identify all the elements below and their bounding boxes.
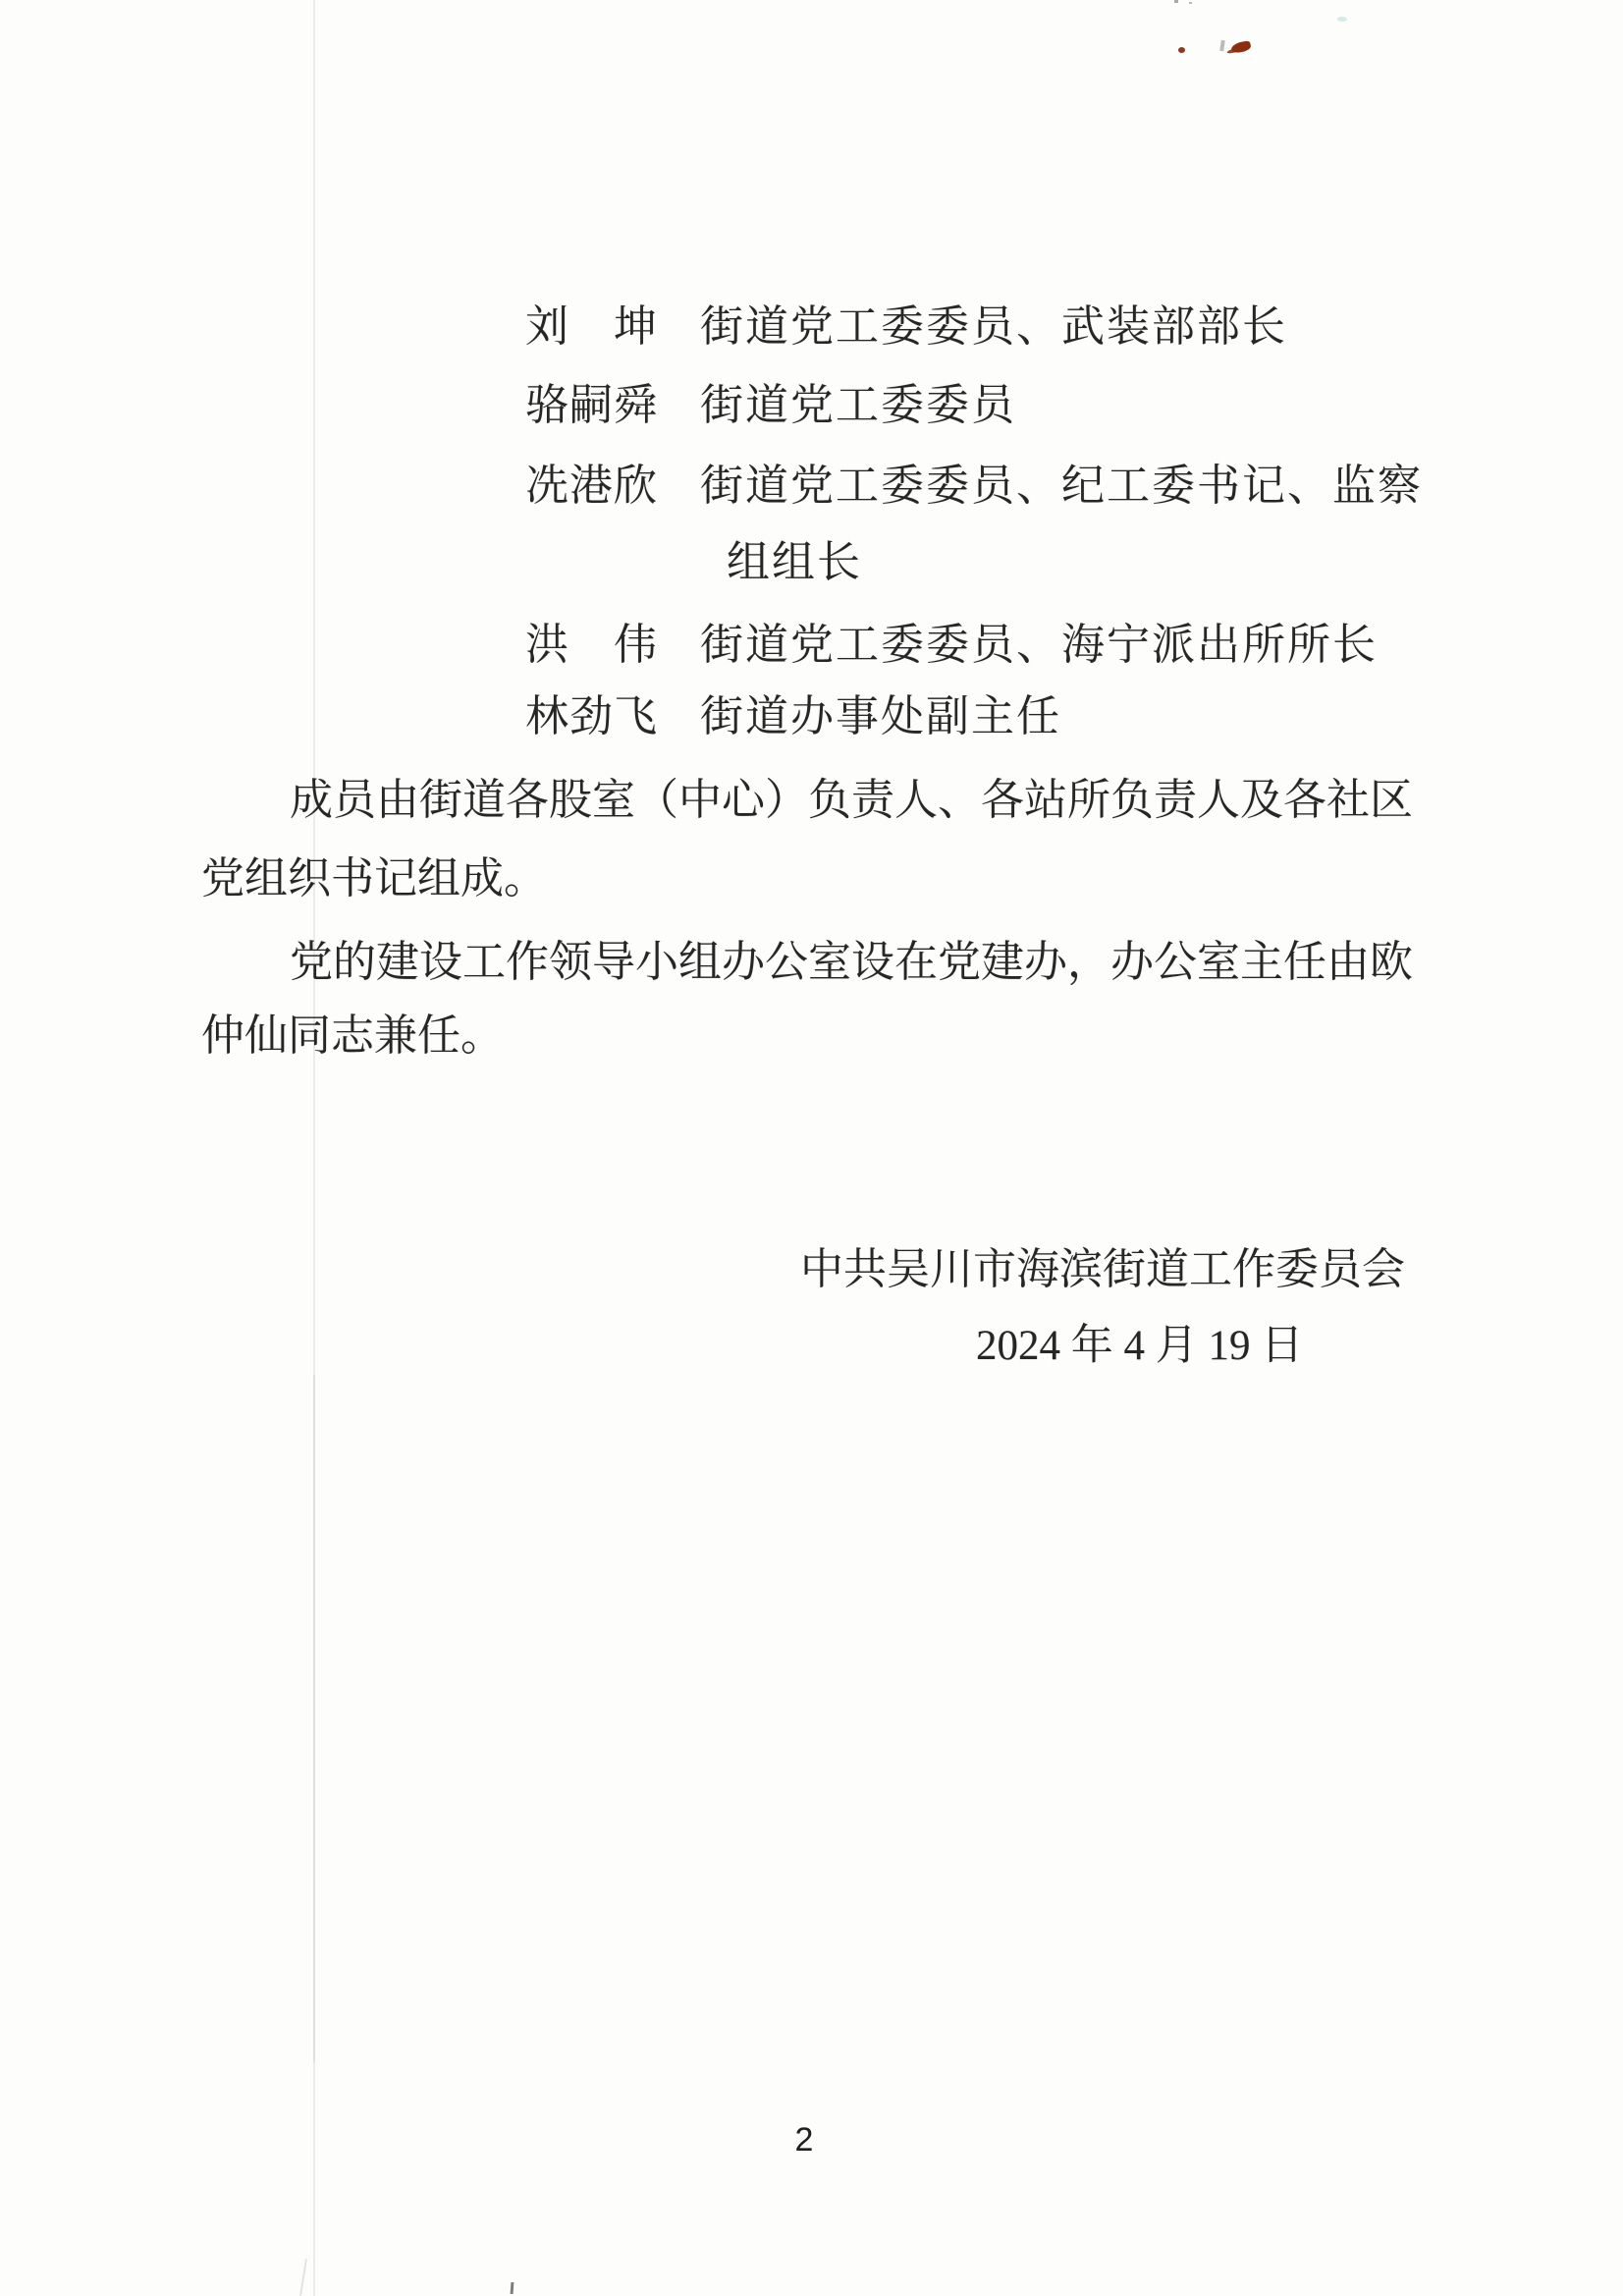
vertical-scan-line-segment [313,1375,315,2062]
member-title: 街道党工委委员、武装部部长 [700,305,1287,349]
member-name: 冼港欣 [525,465,658,508]
document-date: 2024 年 4 月 19 日 [976,1325,1303,1367]
paragraph-line: 党组织书记组成。 [201,857,547,901]
member-title: 街道党工委委员、纪工委书记、监察 [700,465,1423,508]
member-title: 街道党工委委员、海宁派出所所长 [700,624,1378,667]
top-edge-speck [1189,2,1192,4]
red-ink-dot-artifact [1178,47,1185,53]
member-name: 刘 坤 [525,305,658,349]
issuing-authority-signature: 中共吴川市海滨街道工作委员会 [800,1248,1405,1291]
document-page: 刘 坤 街道党工委委员、武装部部长 骆嗣舜 街道党工委委员 冼港欣 街道党工委委… [0,0,1623,2296]
member-name: 林劲飞 [525,695,658,738]
member-title: 街道党工委委员 [700,384,1016,427]
paragraph-line: 成员由街道各股室（中心）负责人、各站所负责人及各社区 [290,779,1413,822]
page-number: 2 [783,2121,826,2159]
paragraph-line: 党的建设工作领导小组办公室设在党建办，办公室主任由欧 [290,941,1413,984]
red-ink-smudge-artifact [1230,40,1252,54]
bottom-scan-hairline [299,2259,307,2296]
gray-ink-speck-artifact [1219,40,1224,51]
bottom-dark-speck [511,2282,514,2294]
member-title-wrap: 组组长 [727,541,862,584]
paragraph-line: 仲仙同志兼任。 [201,1014,504,1058]
top-edge-speck [1174,0,1178,3]
cyan-speck-artifact [1337,17,1347,22]
member-title: 街道办事处副主任 [700,695,1061,738]
member-name: 骆嗣舜 [525,384,658,427]
member-name: 洪 伟 [525,624,658,667]
